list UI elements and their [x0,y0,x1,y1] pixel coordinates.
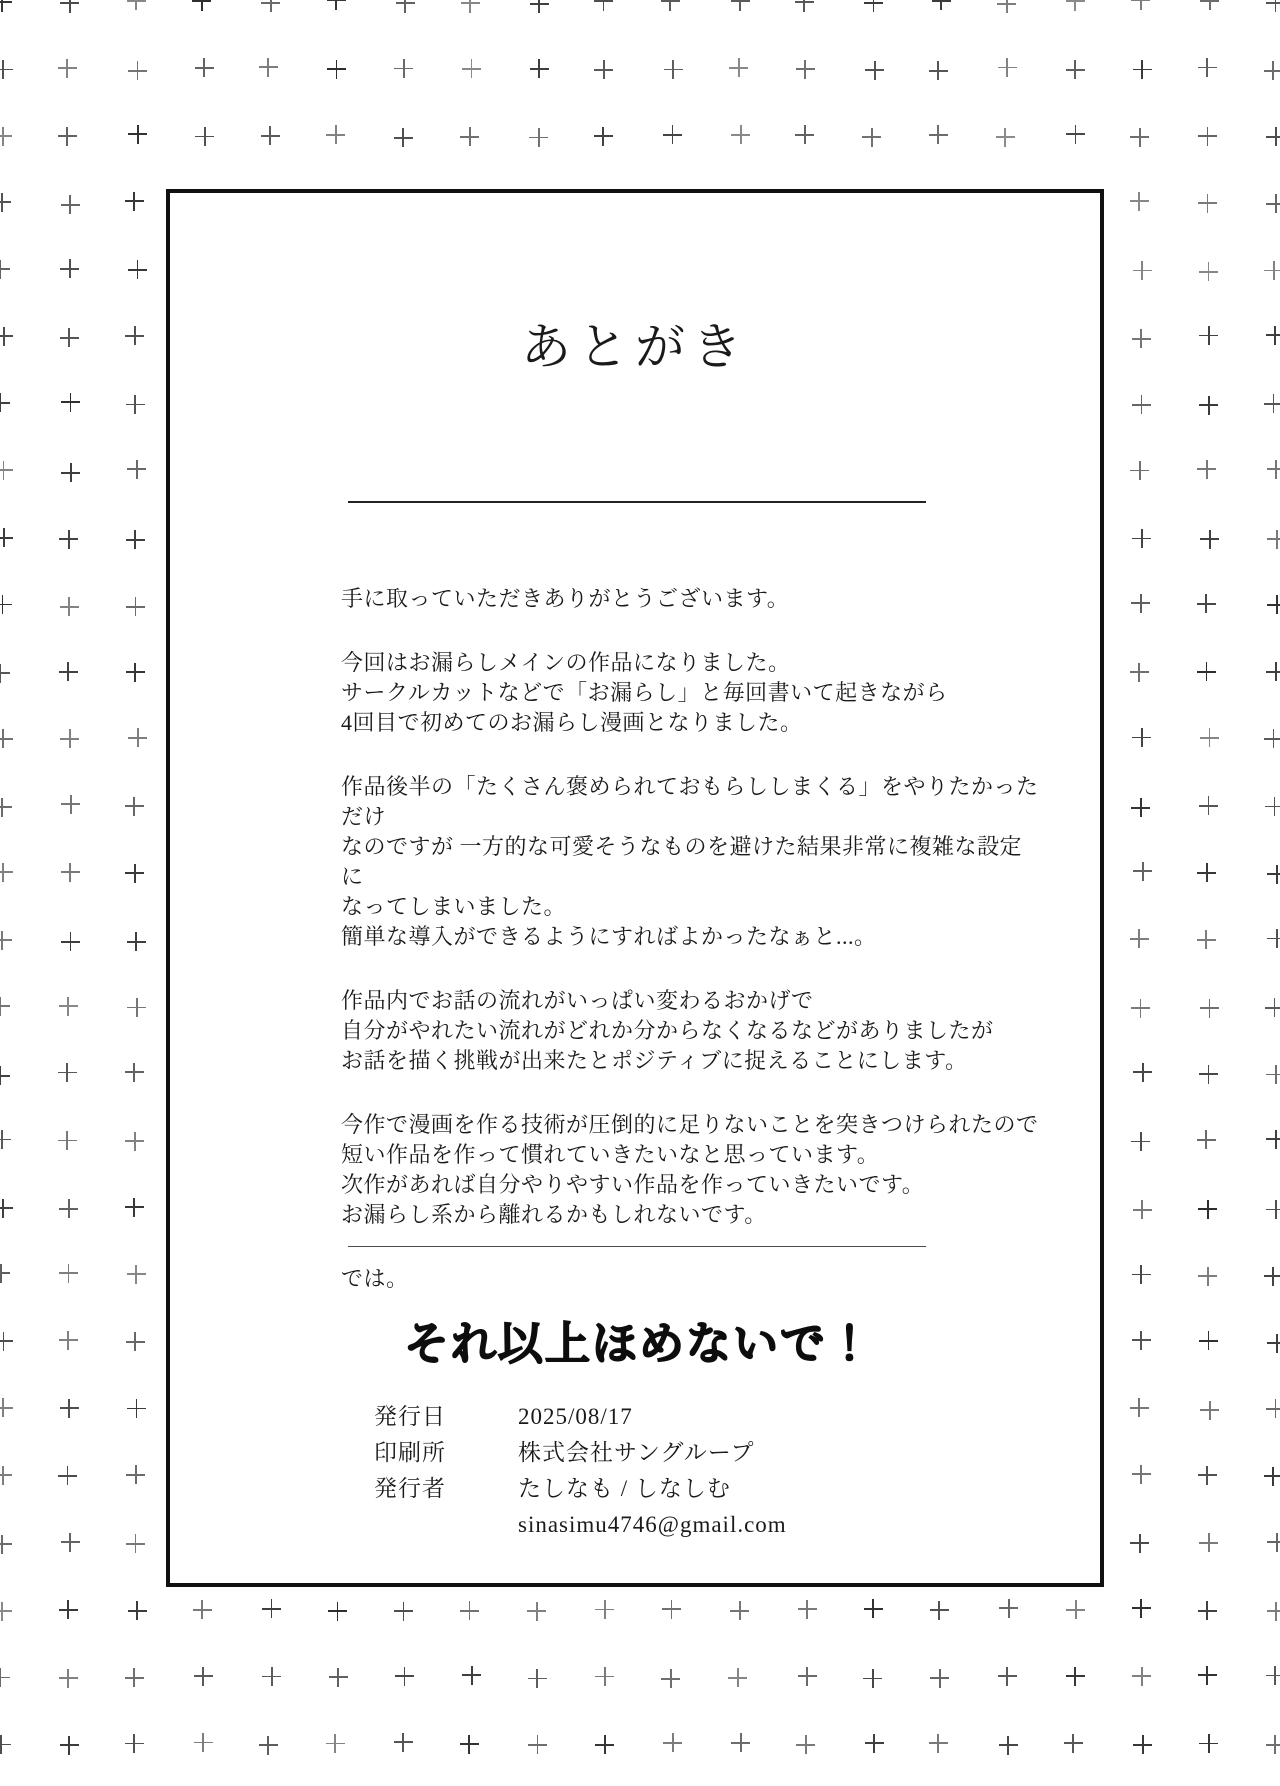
plus-cross-mark [1199,1065,1218,1084]
plus-cross-mark [61,863,80,882]
plus-cross-mark [1266,1735,1280,1754]
plus-cross-mark [594,0,613,11]
plus-cross-mark [530,59,549,78]
plus-cross-mark [731,125,750,144]
plus-cross-mark [1264,1467,1280,1486]
plus-cross-mark [1265,998,1280,1017]
plus-cross-mark [1133,1200,1152,1219]
plus-cross-mark [262,1667,281,1686]
plus-cross-mark [60,328,79,347]
plus-cross-mark [192,0,211,11]
body-paragraph: 今作で漫画を作る技術が圧倒的に足りないことを突きつけられたので短い作品を作って慣… [341,1110,1041,1230]
plus-cross-mark [663,1733,682,1752]
plus-cross-mark [0,393,10,412]
plus-cross-mark [998,1667,1017,1686]
plus-cross-mark [125,1668,144,1687]
plus-cross-mark [863,1669,882,1688]
plus-cross-mark [60,1399,79,1418]
body-line: サークルカットなどで「お漏らし」と毎回書いて起きながら [341,678,1041,708]
plus-cross-mark [1131,1132,1150,1151]
plus-cross-mark [0,798,12,817]
plus-cross-mark [1131,999,1150,1018]
plus-cross-mark [594,127,613,146]
plus-cross-mark [0,260,10,279]
plus-cross-mark [1266,1200,1280,1219]
plus-cross-mark [932,0,951,10]
plus-cross-mark [0,1264,10,1283]
plus-cross-mark [261,0,280,12]
plus-cross-mark [1200,728,1219,747]
plus-cross-mark [530,0,549,13]
plus-cross-mark [1130,128,1149,147]
plus-cross-mark [1199,1533,1218,1552]
colophon-label: 発行者 [374,1471,518,1507]
plus-cross-mark [529,128,548,147]
plus-cross-mark [195,127,214,146]
plus-cross-mark [1132,529,1151,548]
body-line: 4回目で初めてのお漏らし漫画となりました。 [341,708,1041,738]
plus-cross-mark [126,1332,145,1351]
plus-cross-mark [126,395,145,414]
plus-cross-mark [1267,595,1280,614]
plus-cross-mark [1131,798,1150,817]
plus-cross-mark [128,728,147,747]
plus-cross-mark [1267,1533,1280,1552]
plus-cross-mark [1267,865,1280,884]
plus-cross-mark [328,1602,347,1621]
plus-cross-mark [795,0,814,12]
plus-cross-mark [194,1667,213,1686]
plus-cross-mark [1197,930,1216,949]
plus-cross-mark [460,1601,479,1620]
plus-cross-mark [864,0,883,12]
plus-cross-mark [60,1736,79,1755]
plus-cross-mark [929,61,948,80]
plus-cross-mark [1130,1398,1149,1417]
plus-cross-mark [59,662,78,681]
plus-cross-mark [125,864,144,883]
plus-cross-mark [462,59,481,78]
afterword-body: 手に取っていただきありがとうございます。今回はお漏らしメインの作品になりました。… [341,584,1041,1294]
plus-cross-mark [1199,796,1218,815]
plus-cross-mark [1266,1399,1280,1418]
plus-cross-mark [58,1466,77,1485]
plus-cross-mark [0,60,13,79]
plus-cross-mark [59,1669,78,1688]
plus-cross-mark [126,1465,145,1484]
plus-cross-mark [61,795,80,814]
plus-cross-mark [1266,127,1280,146]
plus-cross-mark [1264,61,1280,80]
plus-cross-mark [862,128,881,147]
colophon-row: 印刷所株式会社サングループ [374,1435,787,1471]
plus-cross-mark [460,1735,479,1754]
plus-cross-mark [1131,0,1150,10]
plus-cross-mark [193,1600,212,1619]
plus-cross-mark [127,1399,146,1418]
plus-cross-mark [1132,1265,1151,1284]
plus-cross-mark [195,58,214,77]
plus-cross-mark [1199,396,1218,415]
plus-cross-mark [0,327,13,346]
plus-cross-mark [1132,1465,1151,1484]
plus-cross-mark [61,393,80,412]
plus-cross-mark [128,260,147,279]
plus-cross-mark [61,195,80,214]
plus-cross-mark [461,0,480,13]
plus-cross-mark [1133,1735,1152,1754]
plus-cross-mark [1266,1065,1280,1084]
body-paragraph: 手に取っていただきありがとうございます。 [341,584,1041,614]
plus-cross-mark [796,1735,815,1754]
plus-cross-mark [1200,530,1219,549]
plus-cross-mark [1130,929,1149,948]
plus-cross-mark [1200,1401,1219,1420]
plus-cross-mark [663,125,682,144]
plus-cross-mark [394,1733,413,1752]
plus-cross-mark [0,193,11,212]
body-line: 次作があれば自分やりやすい作品を作っていきたいです。 [341,1170,1041,1200]
plus-cross-mark [998,58,1017,77]
plus-cross-mark [394,128,413,147]
plus-cross-mark [125,326,144,345]
plus-cross-mark [58,127,77,146]
plus-cross-mark [396,0,415,13]
plus-cross-mark [127,932,146,951]
plus-cross-mark [395,1667,414,1686]
plus-cross-mark [0,127,12,146]
plus-cross-mark [1130,461,1149,480]
plus-cross-mark [0,1602,12,1621]
plus-cross-mark [1133,60,1152,79]
body-line: 作品内でお話の流れがいっぱい変わるおかげで [341,986,1041,1016]
plus-cross-mark [1197,662,1216,681]
plus-cross-mark [865,61,884,80]
plus-cross-mark [1264,394,1280,413]
plus-cross-mark [0,1332,13,1351]
plus-cross-mark [0,931,12,950]
plus-cross-mark [61,463,80,482]
body-line: 作品後半の「たくさん褒められておもらししまくる」をやりたかっただけ [341,772,1041,832]
plus-cross-mark [1064,1734,1083,1753]
plus-cross-mark [329,1668,348,1687]
plus-cross-mark [126,530,145,549]
title-divider-line [348,501,926,503]
colophon-row: sinasimu4746@gmail.com [374,1507,787,1543]
colophon-rows: 発行日2025/08/17印刷所株式会社サングループ発行者たしなも / しなしむ… [374,1399,787,1543]
plus-cross-mark [126,1534,145,1553]
body-line: 簡単な導入ができるようにすればよかったなぁと...。 [341,922,1041,952]
plus-cross-mark [0,0,12,12]
plus-cross-mark [1066,125,1085,144]
plus-cross-mark [929,125,948,144]
plus-cross-mark [61,932,80,951]
page-title: あとがき [170,319,1100,377]
closing-line: では。 [341,1264,1041,1294]
plus-cross-mark [664,60,683,79]
plus-cross-mark [1266,326,1280,345]
plus-cross-mark [0,729,13,748]
plus-cross-mark [59,997,78,1016]
plus-cross-mark [1264,261,1280,280]
plus-cross-mark [528,1735,547,1754]
plus-cross-mark [1131,594,1150,613]
plus-cross-mark [128,1601,147,1620]
plus-cross-mark [125,1198,144,1217]
plus-cross-mark [929,1734,948,1753]
plus-cross-mark [59,1600,78,1619]
colophon-row: 発行者たしなも / しなしむ [374,1471,787,1507]
plus-cross-mark [127,0,146,10]
plus-cross-mark [864,1599,883,1618]
plus-cross-mark [1265,797,1280,816]
body-paragraph: 作品後半の「たくさん褒められておもらししまくる」をやりたかっただけなのですが 一… [341,772,1041,952]
colophon-label [374,1507,518,1543]
plus-cross-mark [0,1466,12,1485]
plus-cross-mark [127,460,146,479]
plus-cross-mark [728,1668,747,1687]
plus-cross-mark [125,797,144,816]
colophon: 発行日2025/08/17印刷所株式会社サングループ発行者たしなも / しなしむ… [374,1399,787,1543]
colophon-label: 発行日 [374,1399,518,1435]
plus-cross-mark [0,528,13,547]
plus-cross-mark [60,259,79,278]
body-line: 今作で漫画を作る技術が圧倒的に足りないことを突きつけられたので [341,1110,1041,1140]
plus-cross-mark [730,1601,749,1620]
plus-cross-mark [1066,1600,1085,1619]
plus-cross-mark [0,1735,11,1754]
plus-cross-mark [731,0,750,11]
plus-cross-mark [327,0,346,10]
plus-cross-mark [595,1735,614,1754]
plus-cross-mark [1267,460,1280,479]
colophon-value: たしなも / しなしむ [518,1471,787,1507]
plus-cross-mark [999,1736,1018,1755]
plus-cross-mark [261,126,280,145]
plus-cross-mark [1200,0,1219,10]
plus-cross-mark [1264,729,1280,748]
plus-cross-mark [1199,1331,1218,1350]
plus-cross-mark [661,0,680,11]
plus-cross-mark [795,125,814,144]
plus-cross-mark [61,1533,80,1552]
plus-cross-mark [128,125,147,144]
plus-cross-mark [1133,862,1152,881]
plus-cross-mark [865,1734,884,1753]
plus-cross-mark [126,663,145,682]
plus-cross-mark [661,1669,680,1688]
plus-cross-mark [930,1601,949,1620]
plus-cross-mark [1133,1063,1152,1082]
body-line: 短い作品を作って慣れていきたいなと思っています。 [341,1140,1041,1170]
plus-cross-mark [1198,58,1217,77]
plus-cross-mark [999,1599,1018,1618]
plus-cross-mark [1130,1534,1149,1553]
plus-cross-mark [259,1736,278,1755]
plus-cross-mark [1267,530,1280,549]
plus-cross-mark [60,729,79,748]
plus-cross-mark [394,1602,413,1621]
plus-cross-mark [326,1734,345,1753]
colophon-value: 2025/08/17 [518,1399,787,1435]
plus-cross-mark [1266,194,1280,213]
body-line: なのですが 一方的な可愛そうなものを避けた結果非常に複雑な設定に [341,832,1041,892]
plus-cross-mark [731,1733,750,1752]
plus-cross-mark [1066,60,1085,79]
colophon-row: 発行日2025/08/17 [374,1399,787,1435]
body-line: 手に取っていただきありがとうございます。 [341,584,1041,614]
plus-cross-mark [0,1199,13,1218]
plus-cross-mark [595,1667,614,1686]
plus-cross-mark [1130,663,1149,682]
plus-cross-mark [1066,1667,1085,1686]
plus-cross-mark [58,59,77,78]
plus-cross-mark [1197,1130,1216,1149]
plus-cross-mark [1198,1601,1217,1620]
plus-cross-mark [1199,262,1218,281]
plus-cross-mark [394,59,413,78]
plus-cross-mark [1266,0,1280,12]
plus-cross-mark [460,127,479,146]
plus-cross-mark [0,1535,12,1554]
body-paragraph: 作品内でお話の流れがいっぱい変わるおかげで自分がやれたい流れがどれか分からなくな… [341,986,1041,1076]
plus-cross-mark [1197,594,1216,613]
plus-cross-mark [1130,192,1149,211]
plus-cross-mark [1266,1130,1280,1149]
plus-cross-mark [0,664,10,683]
plus-cross-mark [125,192,144,211]
plus-cross-mark [1198,1267,1217,1286]
body-paragraph: 今回はお漏らしメインの作品になりました。サークルカットなどで「お漏らし」と毎回書… [341,648,1041,738]
plus-cross-mark [59,530,78,549]
plus-cross-mark [259,58,278,77]
plus-cross-mark [595,1600,614,1619]
plus-cross-mark [594,60,613,79]
plus-cross-mark [1266,1666,1280,1685]
plus-cross-mark [1198,1666,1217,1685]
plus-cross-mark [1198,127,1217,146]
plus-cross-mark [0,997,10,1016]
plus-cross-mark [1132,1667,1151,1686]
plus-cross-mark [125,1734,144,1753]
plus-cross-mark [930,1669,949,1688]
plus-cross-mark [1267,929,1280,948]
plus-cross-mark [60,0,79,13]
plus-cross-mark [1198,1200,1217,1219]
plus-cross-mark [1197,863,1216,882]
plus-cross-mark [126,597,145,616]
plus-cross-mark [0,595,12,614]
plus-cross-mark [127,998,146,1017]
plus-cross-mark [0,461,13,480]
plus-cross-mark [662,1600,681,1619]
body-line: お話を描く挑戦が出来たとポジティブに捉えることにします。 [341,1046,1041,1076]
plus-cross-mark [327,60,346,79]
colophon-label: 印刷所 [374,1435,518,1471]
plus-cross-mark [1132,1331,1151,1350]
plus-cross-mark [1132,395,1151,414]
plus-cross-mark [798,1600,817,1619]
plus-cross-mark [1132,728,1151,747]
plus-cross-mark [1267,1602,1280,1621]
plus-cross-mark [58,1063,77,1082]
plus-cross-mark [125,1132,144,1151]
plus-cross-mark [1199,326,1218,345]
colophon-value: 株式会社サングループ [518,1435,787,1471]
plus-cross-mark [1198,1466,1217,1485]
plus-cross-mark [262,1599,281,1618]
body-line: 自分がやれたい流れがどれか分からなくなるなどがありましたが [341,1016,1041,1046]
plus-cross-mark [1264,1267,1280,1286]
plus-cross-mark [0,863,13,882]
plus-cross-mark [1200,999,1219,1018]
plus-cross-mark [60,597,79,616]
plus-cross-mark [1133,261,1152,280]
work-title: それ以上ほめないで！ [404,1307,874,1372]
plus-cross-mark [997,0,1016,13]
plus-cross-mark [1132,1599,1151,1618]
plus-cross-mark [125,1063,144,1082]
plus-cross-mark [528,1669,547,1688]
plus-cross-mark [1267,1334,1280,1353]
plus-cross-mark [1132,329,1151,348]
plus-cross-mark [798,1667,817,1686]
body-line: お漏らし系から離れるかもしれないです。 [341,1200,1041,1230]
plus-cross-mark [1266,662,1280,681]
plus-cross-mark [1198,194,1217,213]
body-line: 今回はお漏らしメインの作品になりました。 [341,648,1041,678]
plus-cross-mark [59,1199,78,1218]
plus-cross-mark [0,1066,10,1085]
plus-cross-mark [1199,1734,1218,1753]
plus-cross-mark [0,1668,10,1687]
plus-cross-mark [796,60,815,79]
plus-cross-mark [58,1131,77,1150]
plus-cross-mark [0,1398,13,1417]
plus-cross-mark [996,128,1015,147]
plus-cross-mark [127,1265,146,1284]
plus-cross-mark [59,1331,78,1350]
plus-cross-mark [326,125,345,144]
plus-cross-mark [729,58,748,77]
plus-cross-mark [1197,460,1216,479]
plus-cross-mark [462,1666,481,1685]
plus-cross-mark [0,1130,11,1149]
body-line: なってしまいました。 [341,892,1041,922]
closing-divider-line [348,1246,926,1247]
afterword-panel: あとがき 手に取っていただきありがとうございます。今回はお漏らしメインの作品にな… [166,189,1104,1587]
plus-cross-mark [1066,0,1085,11]
colophon-value: sinasimu4746@gmail.com [518,1507,787,1543]
plus-cross-mark [59,1264,78,1283]
plus-cross-mark [527,1602,546,1621]
plus-cross-mark [128,61,147,80]
plus-cross-mark [194,1733,213,1752]
